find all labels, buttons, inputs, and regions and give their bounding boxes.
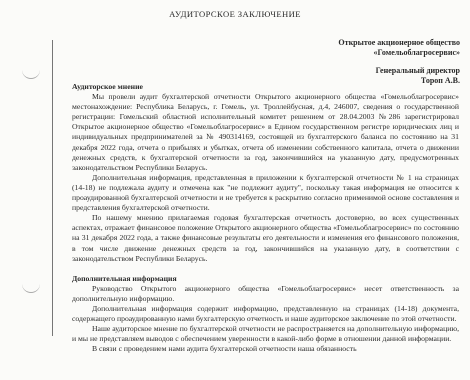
addressee-org-line1: Открытое акционерное общество: [338, 38, 460, 48]
paragraph: Мы провели аудит бухгалтерской отчетност…: [72, 92, 459, 173]
paragraph: В связи с проведением нами аудита бухгал…: [72, 344, 459, 354]
addressee-position: Генеральный директор: [376, 66, 460, 76]
section-heading: Аудиторское мнение: [72, 82, 459, 92]
punch-hole-mark: [22, 68, 40, 79]
paragraph: Дополнительная информация, представленна…: [72, 173, 459, 213]
paragraph: Наше аудиторское мнение по бухгалтерской…: [72, 324, 459, 344]
scan-binding-line: [52, 40, 53, 336]
addressee-org-line2: «Гомельоблагросервис»: [338, 48, 460, 58]
section-heading: Дополнительная информация: [72, 274, 459, 284]
paragraph: По нашему мнению прилагаемая годовая бух…: [72, 213, 459, 263]
document-body: Аудиторское мнение Мы провели аудит бухг…: [72, 82, 459, 354]
addressee-org: Открытое акционерное общество «Гомельобл…: [338, 38, 460, 58]
paragraph: Руководство Открытого акционерного общес…: [72, 284, 459, 304]
document-title: АУДИТОРСКОЕ ЗАКЛЮЧЕНИЕ: [0, 9, 470, 19]
punch-hole-mark: [22, 282, 40, 293]
paragraph: Дополнительная информация содержит инфор…: [72, 304, 459, 324]
